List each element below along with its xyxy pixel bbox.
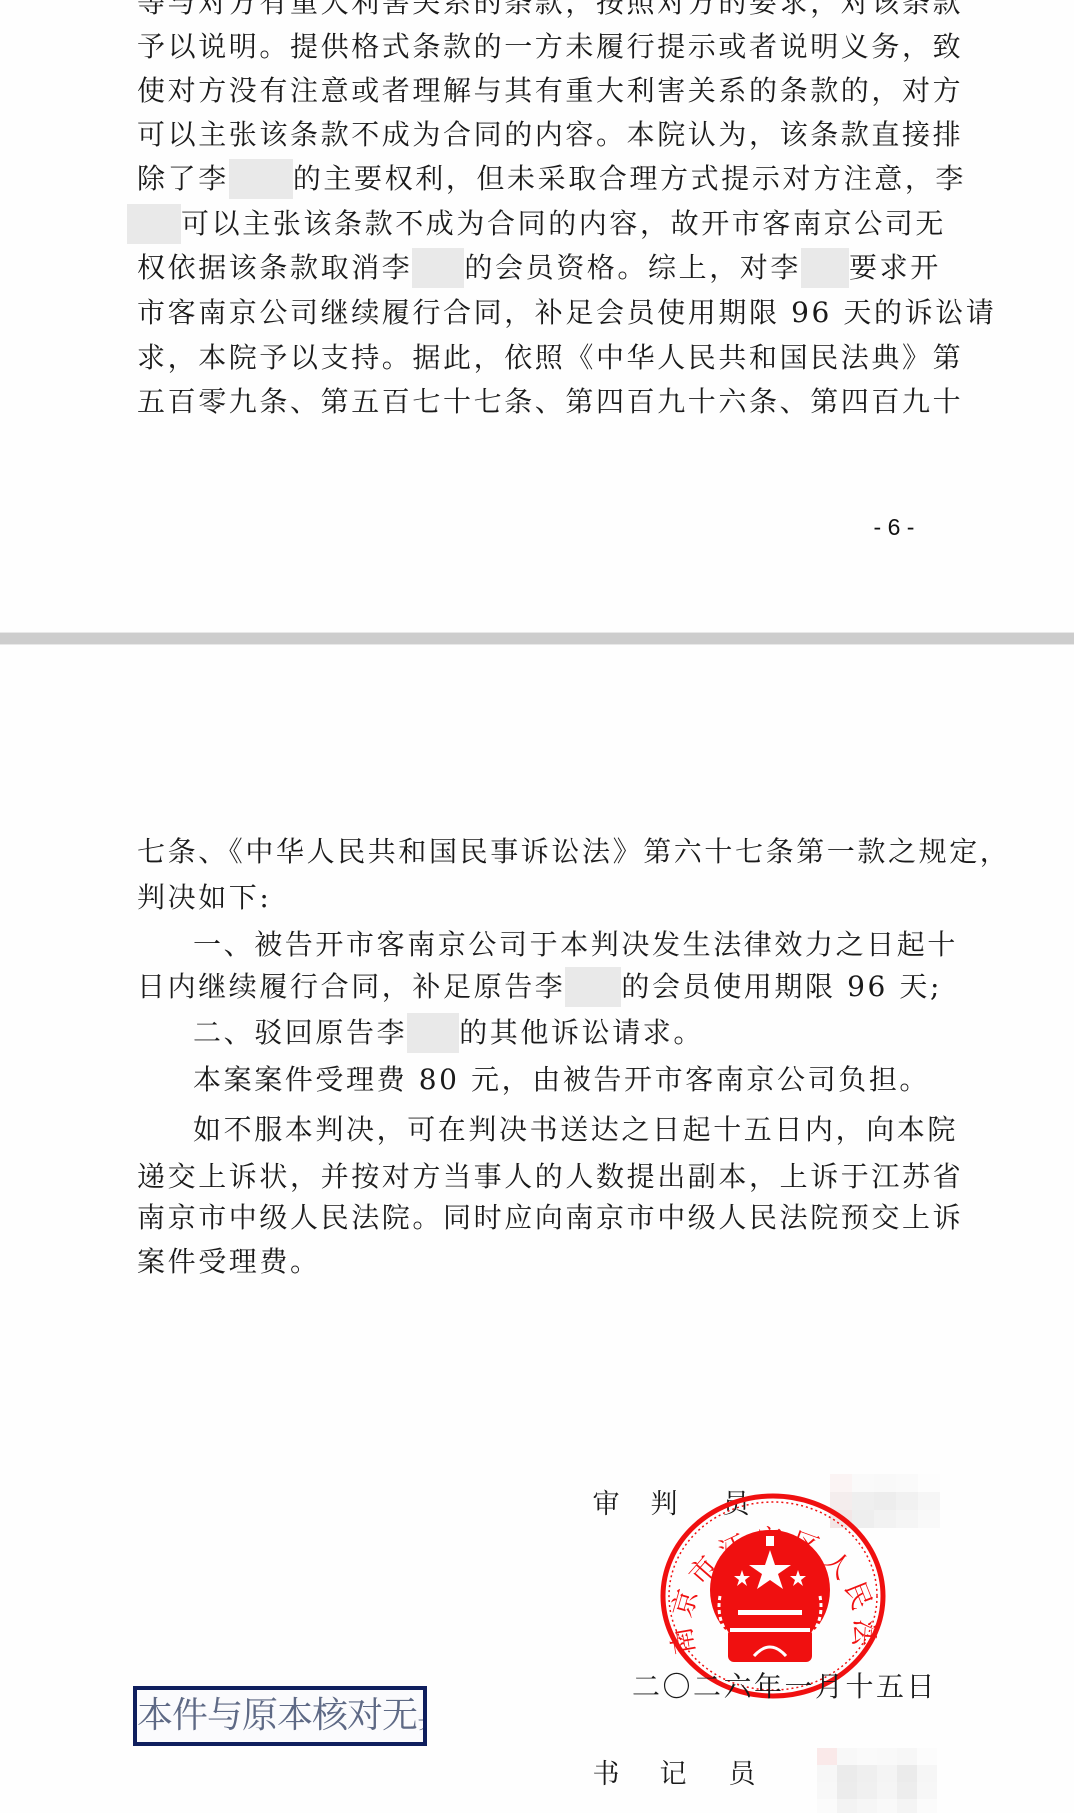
text-segment: 二、驳回原告李 bbox=[193, 1016, 407, 1049]
text-line: 日内继续履行合同，补足原告李的会员使用期限 96 天; bbox=[137, 965, 917, 1009]
text-line: 除了李的主要权利，但未采取合理方式提示对方注意，李 bbox=[137, 157, 917, 201]
text-line: 可以主张该条款不成为合同的内容，故开市客南京公司无 bbox=[137, 202, 917, 246]
text-line: 市客南京公司继续履行合同，补足会员使用期限 96 天的诉讼请 bbox=[137, 291, 917, 335]
text-line: 本案案件受理费 80 元，由被告开市客南京公司负担。 bbox=[137, 1058, 917, 1102]
text-line: 一、被告开市客南京公司于本判决发生法律效力之日起十 bbox=[137, 923, 917, 967]
text-line: 递交上诉状，并按对方当事人的人数提出副本，上诉于江苏省 bbox=[137, 1155, 917, 1199]
text-segment: 的会员使用期限 96 天; bbox=[621, 970, 942, 1003]
name-redaction bbox=[801, 248, 849, 288]
clerk-name-redaction bbox=[817, 1748, 937, 1813]
name-redaction bbox=[565, 967, 621, 1007]
text-segment: 权依据该条款取消李 bbox=[137, 251, 412, 284]
text-line: 予以说明。提供格式条款的一方未履行提示或者说明义务，致 bbox=[137, 25, 917, 69]
text-line: 可以主张该条款不成为合同的内容。本院认为，该条款直接排 bbox=[137, 113, 917, 157]
name-redaction bbox=[407, 1013, 459, 1053]
text-segment: 可以主张该条款不成为合同的内容，故开市客南京公司无 bbox=[181, 207, 946, 240]
text-segment: 的会员资格。综上，对李 bbox=[464, 251, 801, 284]
text-segment: 的主要权利，但未采取合理方式提示对方注意，李 bbox=[293, 162, 966, 195]
text-line: 权依据该条款取消李的会员资格。综上，对李要求开 bbox=[137, 246, 917, 290]
text-line: 案件受理费。 bbox=[137, 1240, 917, 1284]
national-emblem-icon bbox=[710, 1530, 830, 1662]
text-line: 七条、《中华人民共和国民事诉讼法》第六十七条第一款之规定， bbox=[137, 830, 917, 874]
text-line: 二、驳回原告李的其他诉讼请求。 bbox=[137, 1011, 917, 1055]
text-line: 五百零九条、第五百七十七条、第四百九十六条、第四百九十 bbox=[137, 380, 917, 424]
document-page-6: 等与对方有重大利害关系的条款，按照对方的要求，对该条款 予以说明。提供格式条款的… bbox=[0, 0, 1074, 633]
judgment-date: 二〇二六年一月十五日 bbox=[632, 1668, 917, 1706]
text-segment: 除了李 bbox=[137, 162, 229, 195]
text-line: 判决如下: bbox=[137, 876, 917, 920]
text-line: 南京市中级人民法院。同时应向南京市中级人民法院预交上诉 bbox=[137, 1196, 917, 1240]
page-separator bbox=[0, 632, 1074, 645]
name-redaction bbox=[127, 204, 181, 244]
page-number: - 6 - bbox=[866, 514, 922, 541]
text-line: 如不服本判决，可在判决书送达之日起十五日内，向本院 bbox=[137, 1108, 917, 1152]
text-segment: 要求开 bbox=[849, 251, 941, 284]
name-redaction bbox=[412, 248, 464, 288]
text-segment: 日内继续履行合同，补足原告李 bbox=[137, 970, 565, 1003]
text-line: 等与对方有重大利害关系的条款，按照对方的要求，对该条款 bbox=[137, 0, 917, 25]
text-line: 使对方没有注意或者理解与其有重大利害关系的条款的，对方 bbox=[137, 69, 917, 113]
text-line: 求，本院予以支持。据此，依照《中华人民共和国民法典》第 bbox=[137, 336, 917, 380]
certification-stamp: 本件与原本核对无异 bbox=[133, 1686, 427, 1746]
name-redaction bbox=[229, 159, 293, 199]
text-segment: 的其他诉讼请求。 bbox=[459, 1016, 704, 1049]
